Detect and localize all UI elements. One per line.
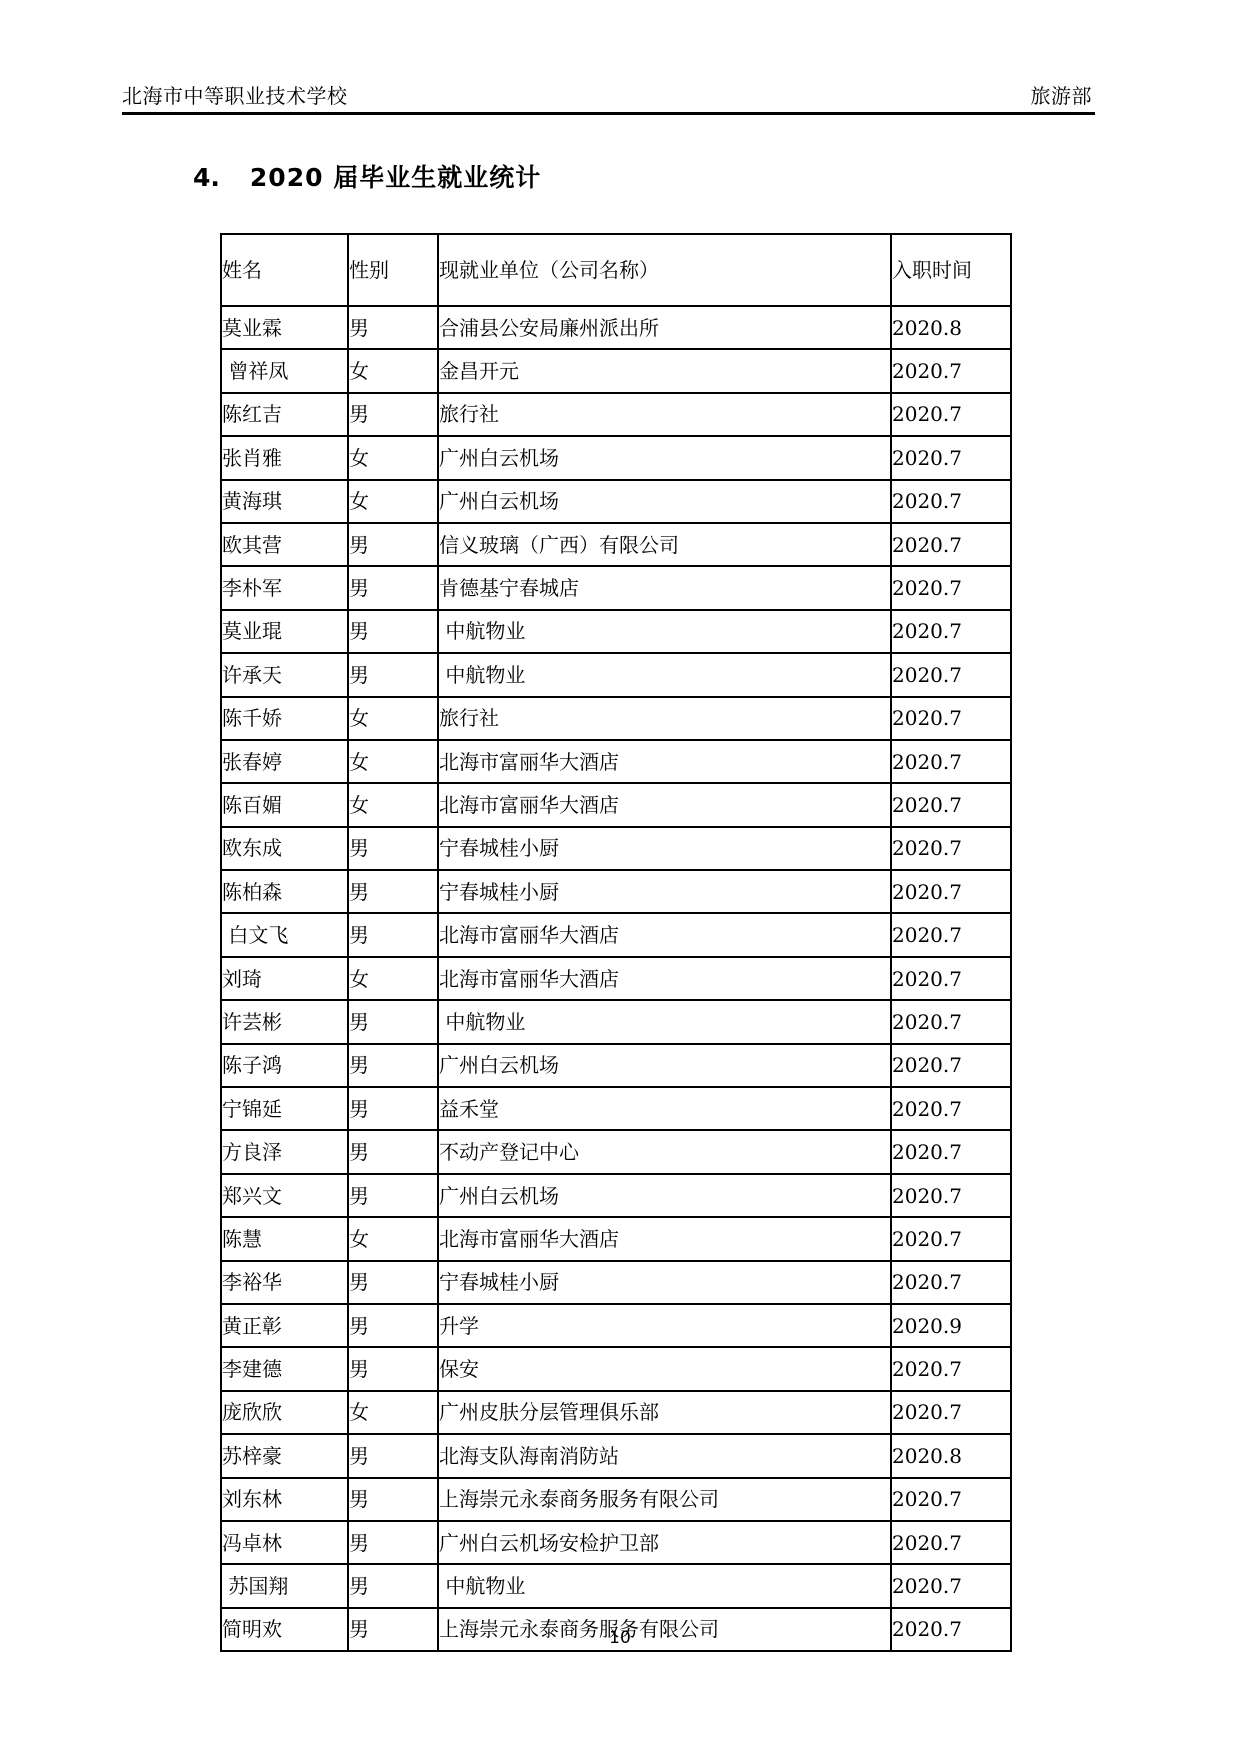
table-row: 刘琦 女 北海市富丽华大酒店 2020.7 <box>221 957 1011 1000</box>
table-row: 李朴军 男 肯德基宁春城店 2020.7 <box>221 566 1011 609</box>
table-row: 欧东成 男 宁春城桂小厨 2020.7 <box>221 827 1011 870</box>
column-header-employer: 现就业单位（公司名称） <box>438 234 891 306</box>
cell-gender: 男 <box>348 393 438 436</box>
cell-gender: 男 <box>348 1174 438 1217</box>
table-row: 陈柏森 男 宁春城桂小厨 2020.7 <box>221 870 1011 913</box>
cell-employer: 旅行社 <box>438 393 891 436</box>
cell-start-date: 2020.7 <box>891 653 1011 696</box>
cell-employer: 广州白云机场安检护卫部 <box>438 1521 891 1564</box>
cell-gender: 男 <box>348 1434 438 1477</box>
cell-gender: 女 <box>348 957 438 1000</box>
cell-gender: 女 <box>348 480 438 523</box>
header-divider-rule <box>122 112 1095 115</box>
cell-start-date: 2020.7 <box>891 827 1011 870</box>
cell-gender: 男 <box>348 1000 438 1043</box>
cell-gender: 男 <box>348 523 438 566</box>
cell-employer: 宁春城桂小厨 <box>438 870 891 913</box>
cell-employer: 保安 <box>438 1347 891 1390</box>
cell-gender: 男 <box>348 1304 438 1347</box>
cell-name: 欧其营 <box>221 523 348 566</box>
cell-employer: 宁春城桂小厨 <box>438 827 891 870</box>
document-page: { "page_header": { "school": "北海市中等职业技术学… <box>0 0 1240 1754</box>
cell-gender: 女 <box>348 436 438 479</box>
table-row: 陈子鸿 男 广州白云机场 2020.7 <box>221 1044 1011 1087</box>
cell-employer: 广州白云机场 <box>438 1174 891 1217</box>
cell-name: 刘琦 <box>221 957 348 1000</box>
cell-gender: 女 <box>348 1391 438 1434</box>
section-title: 2020 届毕业生就业统计 <box>250 158 541 194</box>
table-row: 郑兴文 男 广州白云机场 2020.7 <box>221 1174 1011 1217</box>
table-row: 刘东林 男 上海崇元永泰商务服务有限公司 2020.7 <box>221 1478 1011 1521</box>
cell-gender: 女 <box>348 349 438 392</box>
cell-gender: 男 <box>348 1044 438 1087</box>
cell-employer: 中航物业 <box>438 1000 891 1043</box>
cell-name: 许芸彬 <box>221 1000 348 1043</box>
table-row: 苏国翔 男 中航物业 2020.7 <box>221 1564 1011 1607</box>
section-heading: 4. 2020 届毕业生就业统计 <box>193 158 541 194</box>
cell-start-date: 2020.7 <box>891 913 1011 956</box>
cell-start-date: 2020.7 <box>891 480 1011 523</box>
cell-start-date: 2020.7 <box>891 436 1011 479</box>
cell-start-date: 2020.7 <box>891 740 1011 783</box>
cell-gender: 女 <box>348 697 438 740</box>
cell-start-date: 2020.7 <box>891 566 1011 609</box>
table-row: 黄正彰 男 升学 2020.9 <box>221 1304 1011 1347</box>
table-row: 苏梓豪 男 北海支队海南消防站 2020.8 <box>221 1434 1011 1477</box>
cell-name: 郑兴文 <box>221 1174 348 1217</box>
table-row: 陈千娇 女 旅行社 2020.7 <box>221 697 1011 740</box>
cell-start-date: 2020.7 <box>891 1217 1011 1260</box>
cell-start-date: 2020.7 <box>891 349 1011 392</box>
cell-start-date: 2020.7 <box>891 1261 1011 1304</box>
page-number: 10 <box>0 1628 1240 1648</box>
cell-name: 陈慧 <box>221 1217 348 1260</box>
cell-name: 陈百媚 <box>221 783 348 826</box>
table-row: 张春婷 女 北海市富丽华大酒店 2020.7 <box>221 740 1011 783</box>
cell-gender: 男 <box>348 1261 438 1304</box>
table-row: 陈红吉 男 旅行社 2020.7 <box>221 393 1011 436</box>
cell-employer: 北海市富丽华大酒店 <box>438 783 891 826</box>
cell-start-date: 2020.7 <box>891 870 1011 913</box>
page-header-school: 北海市中等职业技术学校 <box>122 80 348 109</box>
cell-employer: 中航物业 <box>438 653 891 696</box>
employment-table-header: 姓名 性别 现就业单位（公司名称） 入职时间 <box>221 234 1011 306</box>
cell-gender: 男 <box>348 1564 438 1607</box>
cell-start-date: 2020.7 <box>891 1347 1011 1390</box>
cell-start-date: 2020.7 <box>891 1044 1011 1087</box>
cell-gender: 男 <box>348 1478 438 1521</box>
cell-name: 方良泽 <box>221 1130 348 1173</box>
column-header-name: 姓名 <box>221 234 348 306</box>
cell-name: 李裕华 <box>221 1261 348 1304</box>
cell-name: 曾祥凤 <box>221 349 348 392</box>
cell-start-date: 2020.7 <box>891 957 1011 1000</box>
cell-gender: 男 <box>348 566 438 609</box>
cell-employer: 广州白云机场 <box>438 480 891 523</box>
cell-employer: 北海市富丽华大酒店 <box>438 957 891 1000</box>
cell-employer: 宁春城桂小厨 <box>438 1261 891 1304</box>
cell-name: 李朴军 <box>221 566 348 609</box>
table-row: 黄海琪 女 广州白云机场 2020.7 <box>221 480 1011 523</box>
cell-name: 欧东成 <box>221 827 348 870</box>
table-row: 欧其营 男 信义玻璃（广西）有限公司 2020.7 <box>221 523 1011 566</box>
cell-gender: 男 <box>348 1087 438 1130</box>
table-row: 庞欣欣 女 广州皮肤分层管理俱乐部 2020.7 <box>221 1391 1011 1434</box>
cell-employer: 广州皮肤分层管理俱乐部 <box>438 1391 891 1434</box>
cell-employer: 金昌开元 <box>438 349 891 392</box>
employment-table: 姓名 性别 现就业单位（公司名称） 入职时间 莫业霖 男 合浦县公安局廉州派出所… <box>220 233 1012 1652</box>
cell-gender: 男 <box>348 610 438 653</box>
table-row: 曾祥凤 女 金昌开元 2020.7 <box>221 349 1011 392</box>
cell-start-date: 2020.7 <box>891 697 1011 740</box>
cell-start-date: 2020.9 <box>891 1304 1011 1347</box>
cell-name: 李建德 <box>221 1347 348 1390</box>
cell-name: 苏国翔 <box>221 1564 348 1607</box>
cell-gender: 男 <box>348 306 438 349</box>
page-header-department: 旅游部 <box>1031 80 1093 109</box>
cell-start-date: 2020.7 <box>891 523 1011 566</box>
cell-start-date: 2020.7 <box>891 1478 1011 1521</box>
table-row: 张肖雅 女 广州白云机场 2020.7 <box>221 436 1011 479</box>
cell-employer: 合浦县公安局廉州派出所 <box>438 306 891 349</box>
cell-start-date: 2020.7 <box>891 1174 1011 1217</box>
cell-name: 许承天 <box>221 653 348 696</box>
table-row: 许承天 男 中航物业 2020.7 <box>221 653 1011 696</box>
cell-gender: 男 <box>348 913 438 956</box>
cell-start-date: 2020.7 <box>891 1391 1011 1434</box>
cell-start-date: 2020.7 <box>891 1521 1011 1564</box>
cell-name: 黄海琪 <box>221 480 348 523</box>
cell-gender: 男 <box>348 1130 438 1173</box>
cell-employer: 北海市富丽华大酒店 <box>438 1217 891 1260</box>
cell-name: 庞欣欣 <box>221 1391 348 1434</box>
table-row: 陈慧 女 北海市富丽华大酒店 2020.7 <box>221 1217 1011 1260</box>
cell-name: 莫业霖 <box>221 306 348 349</box>
cell-name: 陈千娇 <box>221 697 348 740</box>
cell-employer: 中航物业 <box>438 610 891 653</box>
cell-name: 莫业琨 <box>221 610 348 653</box>
cell-gender: 男 <box>348 1521 438 1564</box>
table-row: 许芸彬 男 中航物业 2020.7 <box>221 1000 1011 1043</box>
table-row: 白文飞 男 北海市富丽华大酒店 2020.7 <box>221 913 1011 956</box>
cell-name: 宁锦延 <box>221 1087 348 1130</box>
table-row: 陈百媚 女 北海市富丽华大酒店 2020.7 <box>221 783 1011 826</box>
cell-employer: 旅行社 <box>438 697 891 740</box>
cell-start-date: 2020.7 <box>891 1130 1011 1173</box>
cell-employer: 北海市富丽华大酒店 <box>438 740 891 783</box>
cell-gender: 男 <box>348 1347 438 1390</box>
cell-employer: 益禾堂 <box>438 1087 891 1130</box>
cell-name: 冯卓林 <box>221 1521 348 1564</box>
cell-start-date: 2020.7 <box>891 393 1011 436</box>
table-row: 李裕华 男 宁春城桂小厨 2020.7 <box>221 1261 1011 1304</box>
cell-employer: 肯德基宁春城店 <box>438 566 891 609</box>
cell-name: 张春婷 <box>221 740 348 783</box>
cell-start-date: 2020.7 <box>891 610 1011 653</box>
cell-employer: 升学 <box>438 1304 891 1347</box>
table-row: 莫业琨 男 中航物业 2020.7 <box>221 610 1011 653</box>
employment-table-body: 莫业霖 男 合浦县公安局廉州派出所 2020.8 曾祥凤 女 金昌开元 2020… <box>221 306 1011 1651</box>
cell-name: 陈子鸿 <box>221 1044 348 1087</box>
column-header-start-date: 入职时间 <box>891 234 1011 306</box>
cell-start-date: 2020.7 <box>891 1564 1011 1607</box>
table-row: 冯卓林 男 广州白云机场安检护卫部 2020.7 <box>221 1521 1011 1564</box>
cell-employer: 上海崇元永泰商务服务有限公司 <box>438 1478 891 1521</box>
cell-gender: 男 <box>348 870 438 913</box>
cell-name: 黄正彰 <box>221 1304 348 1347</box>
cell-start-date: 2020.7 <box>891 783 1011 826</box>
cell-start-date: 2020.7 <box>891 1000 1011 1043</box>
cell-start-date: 2020.7 <box>891 1087 1011 1130</box>
cell-name: 白文飞 <box>221 913 348 956</box>
cell-start-date: 2020.8 <box>891 306 1011 349</box>
section-number: 4. <box>193 163 220 192</box>
cell-name: 张肖雅 <box>221 436 348 479</box>
cell-gender: 女 <box>348 740 438 783</box>
table-row: 方良泽 男 不动产登记中心 2020.7 <box>221 1130 1011 1173</box>
cell-employer: 北海支队海南消防站 <box>438 1434 891 1477</box>
cell-gender: 男 <box>348 653 438 696</box>
cell-name: 陈红吉 <box>221 393 348 436</box>
cell-name: 刘东林 <box>221 1478 348 1521</box>
cell-employer: 不动产登记中心 <box>438 1130 891 1173</box>
cell-gender: 女 <box>348 1217 438 1260</box>
cell-gender: 男 <box>348 827 438 870</box>
column-header-gender: 性别 <box>348 234 438 306</box>
header-row: 姓名 性别 现就业单位（公司名称） 入职时间 <box>221 234 1011 306</box>
cell-employer: 广州白云机场 <box>438 436 891 479</box>
cell-employer: 中航物业 <box>438 1564 891 1607</box>
cell-employer: 信义玻璃（广西）有限公司 <box>438 523 891 566</box>
cell-start-date: 2020.8 <box>891 1434 1011 1477</box>
cell-employer: 北海市富丽华大酒店 <box>438 913 891 956</box>
cell-gender: 女 <box>348 783 438 826</box>
cell-name: 苏梓豪 <box>221 1434 348 1477</box>
table-row: 李建德 男 保安 2020.7 <box>221 1347 1011 1390</box>
table-row: 宁锦延 男 益禾堂 2020.7 <box>221 1087 1011 1130</box>
cell-employer: 广州白云机场 <box>438 1044 891 1087</box>
cell-name: 陈柏森 <box>221 870 348 913</box>
table-row: 莫业霖 男 合浦县公安局廉州派出所 2020.8 <box>221 306 1011 349</box>
